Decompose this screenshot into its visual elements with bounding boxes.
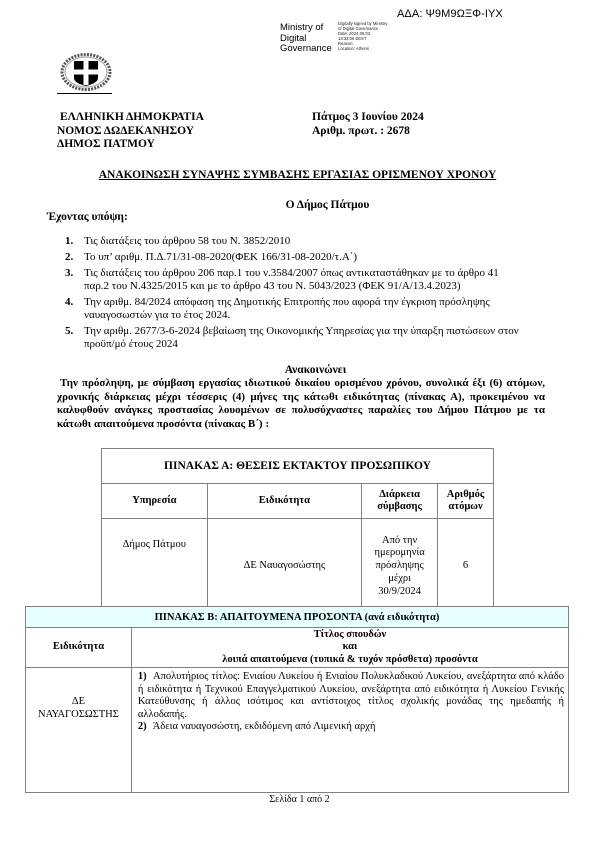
consideration-item: 1.Τις διατάξεις του άρθρου 58 του Ν. 385…	[62, 235, 522, 248]
announcement-paragraph: Την πρόσληψη, με σύμβαση εργασίας ιδιωτι…	[57, 377, 545, 431]
consideration-item: 2.Το υπ’ αριθμ. Π.Δ.71/31-08-2020(ΦΕΚ 16…	[62, 251, 522, 264]
table-a-title: ΠΙΝΑΚΑΣ Α: ΘΕΣΕΙΣ ΕΚΤΑΚΤΟΥ ΠΡΟΣΩΠΙΚΟΥ	[102, 449, 494, 484]
specialty-line: ΝΑΥΑΓΟΣΩΣΤΗΣ	[26, 709, 131, 722]
column-header-specialty: Ειδικότητα	[207, 484, 361, 519]
requirement-text: Άδεια ναυαγοσώστη, εκδιδόμενη από Λιμενι…	[153, 721, 376, 732]
signature-detail-line: Location: Athens	[338, 46, 387, 51]
table-row: ΔΕ ΝΑΥΑΓΟΣΩΣΤΗΣ 1) Απολυτήριος τίτλος: Ε…	[26, 668, 569, 793]
item-number: 3.	[65, 267, 73, 280]
place-date: Πάτμος 3 Ιουνίου 2024	[312, 111, 424, 125]
table-a-header-row: Υπηρεσία Ειδικότητα Διάρκεια σύμβασης Αρ…	[102, 484, 494, 519]
column-header-service: Υπηρεσία	[102, 484, 208, 519]
document-title: ΑΝΑΚΟΙΝΩΣΗ ΣΥΝΑΨΗΣ ΣΥΜΒΑΣΗΣ ΕΡΓΑΣΙΑΣ ΟΡΙ…	[0, 169, 595, 181]
requirement-item: 1) Απολυτήριος τίτλος: Ενιαίου Λυκείου ή…	[138, 671, 564, 721]
issuer: Ο Δήμος Πάτμου	[0, 199, 595, 211]
emblem-underline	[57, 93, 112, 94]
requirement-text: Απολυτήριος τίτλος: Ενιαίου Λυκείου ή Εν…	[138, 671, 564, 720]
organization-line: ΝΟΜΟΣ ΔΩΔΕΚΑΝΗΣΟΥ	[57, 125, 204, 139]
ada-code: ΑΔΑ: Ψ9Μ9ΩΞΦ-ΙΥΧ	[397, 8, 503, 20]
date-protocol-block: Πάτμος 3 Ιουνίου 2024 Αριθμ. πρωτ. : 267…	[312, 111, 424, 138]
requirement-item: 2) Άδεια ναυαγοσώστη, εκδιδόμενη από Λιμ…	[138, 721, 564, 734]
header-line: Τίτλος σπουδών	[132, 629, 568, 642]
item-text: Την αριθμ. 84/2024 απόφαση της Δημοτικής…	[84, 296, 490, 321]
cell-duration: Από την ημερομηνία πρόσληψης μέχρι 30/9/…	[362, 519, 438, 615]
column-header-specialty: Ειδικότητα	[26, 628, 132, 668]
requirement-number: 1)	[138, 671, 147, 682]
table-b-title: ΠΙΝΑΚΑΣ Β: ΑΠΑΙΤΟΥΜΕΝΑ ΠΡΟΣΟΝΤΑ (ανά ειδ…	[26, 607, 569, 628]
header-line: λοιπά απαιτούμενα (τυπικά & τυχόν πρόσθε…	[132, 654, 568, 667]
table-a-positions: ΠΙΝΑΚΑΣ Α: ΘΕΣΕΙΣ ΕΚΤΑΚΤΟΥ ΠΡΟΣΩΠΙΚΟΥ Υπ…	[101, 448, 494, 615]
page-number: Σελίδα 1 από 2	[0, 794, 595, 805]
item-text: Τις διατάξεις του άρθρου 206 παρ.1 του ν…	[84, 267, 499, 292]
item-text: Το υπ’ αριθμ. Π.Δ.71/31-08-2020(ΦΕΚ 166/…	[84, 251, 357, 263]
specialty-line: ΔΕ	[26, 696, 131, 709]
document-title-text: ΑΝΑΚΟΙΝΩΣΗ ΣΥΝΑΨΗΣ ΣΥΜΒΑΣΗΣ ΕΡΓΑΣΙΑΣ ΟΡΙ…	[99, 169, 497, 181]
organization-line: ΔΗΜΟΣ ΠΑΤΜΟΥ	[57, 138, 204, 152]
consideration-item: 5.Την αριθμ. 2677/3-6-2024 βεβαίωση της …	[62, 325, 522, 351]
greek-coat-of-arms-icon	[60, 53, 112, 91]
signature-org-line: Ministry of	[280, 23, 332, 34]
organization-line: ΕΛΛΗΝΙΚΗ ΔΗΜΟΚΡΑΤΙΑ	[57, 111, 204, 125]
signature-organization: Ministry of Digital Governance	[280, 23, 332, 55]
table-row: Δήμος Πάτμου ΔΕ Ναυαγοσώστης Από την ημε…	[102, 519, 494, 615]
table-b-header-row: Ειδικότητα Τίτλος σπουδών και λοιπά απαι…	[26, 628, 569, 668]
item-number: 5.	[65, 325, 73, 338]
item-number: 1.	[65, 235, 73, 248]
cell-specialty: ΔΕ Ναυαγοσώστης	[207, 519, 361, 615]
column-header-duration: Διάρκεια σύμβασης	[362, 484, 438, 519]
signature-org-line: Governance	[280, 44, 332, 55]
signature-details: Digitally signed by Ministry of Digital …	[338, 21, 387, 51]
considerations-list: 1.Τις διατάξεις του άρθρου 58 του Ν. 385…	[62, 235, 522, 354]
announces-heading: Ανακοινώνει	[0, 364, 595, 376]
cell-requirements: 1) Απολυτήριος τίτλος: Ενιαίου Λυκείου ή…	[131, 668, 568, 793]
column-header-requirements: Τίτλος σπουδών και λοιπά απαιτούμενα (τυ…	[131, 628, 568, 668]
item-number: 2.	[65, 251, 73, 264]
considering-label: Έχοντας υπόψη:	[47, 211, 128, 223]
consideration-item: 4.Την αριθμ. 84/2024 απόφαση της Δημοτικ…	[62, 296, 522, 322]
protocol-number: Αριθμ. πρωτ. : 2678	[312, 125, 424, 139]
cell-persons: 6	[438, 519, 494, 615]
item-text: Τις διατάξεις του άρθρου 58 του Ν. 3852/…	[84, 235, 290, 247]
item-text: Την αριθμ. 2677/3-6-2024 βεβαίωση της Οι…	[84, 325, 519, 350]
table-b-qualifications: ΠΙΝΑΚΑΣ Β: ΑΠΑΙΤΟΥΜΕΝΑ ΠΡΟΣΟΝΤΑ (ανά ειδ…	[25, 606, 569, 793]
consideration-item: 3.Τις διατάξεις του άρθρου 206 παρ.1 του…	[62, 267, 522, 293]
column-header-persons: Αριθμός ατόμων	[438, 484, 494, 519]
cell-service: Δήμος Πάτμου	[102, 519, 208, 615]
item-number: 4.	[65, 296, 73, 309]
header-line: και	[132, 641, 568, 654]
cell-specialty: ΔΕ ΝΑΥΑΓΟΣΩΣΤΗΣ	[26, 668, 132, 793]
requirement-number: 2)	[138, 721, 147, 732]
organization-block: ΕΛΛΗΝΙΚΗ ΔΗΜΟΚΡΑΤΙΑ ΝΟΜΟΣ ΔΩΔΕΚΑΝΗΣΟΥ ΔΗ…	[57, 111, 204, 152]
